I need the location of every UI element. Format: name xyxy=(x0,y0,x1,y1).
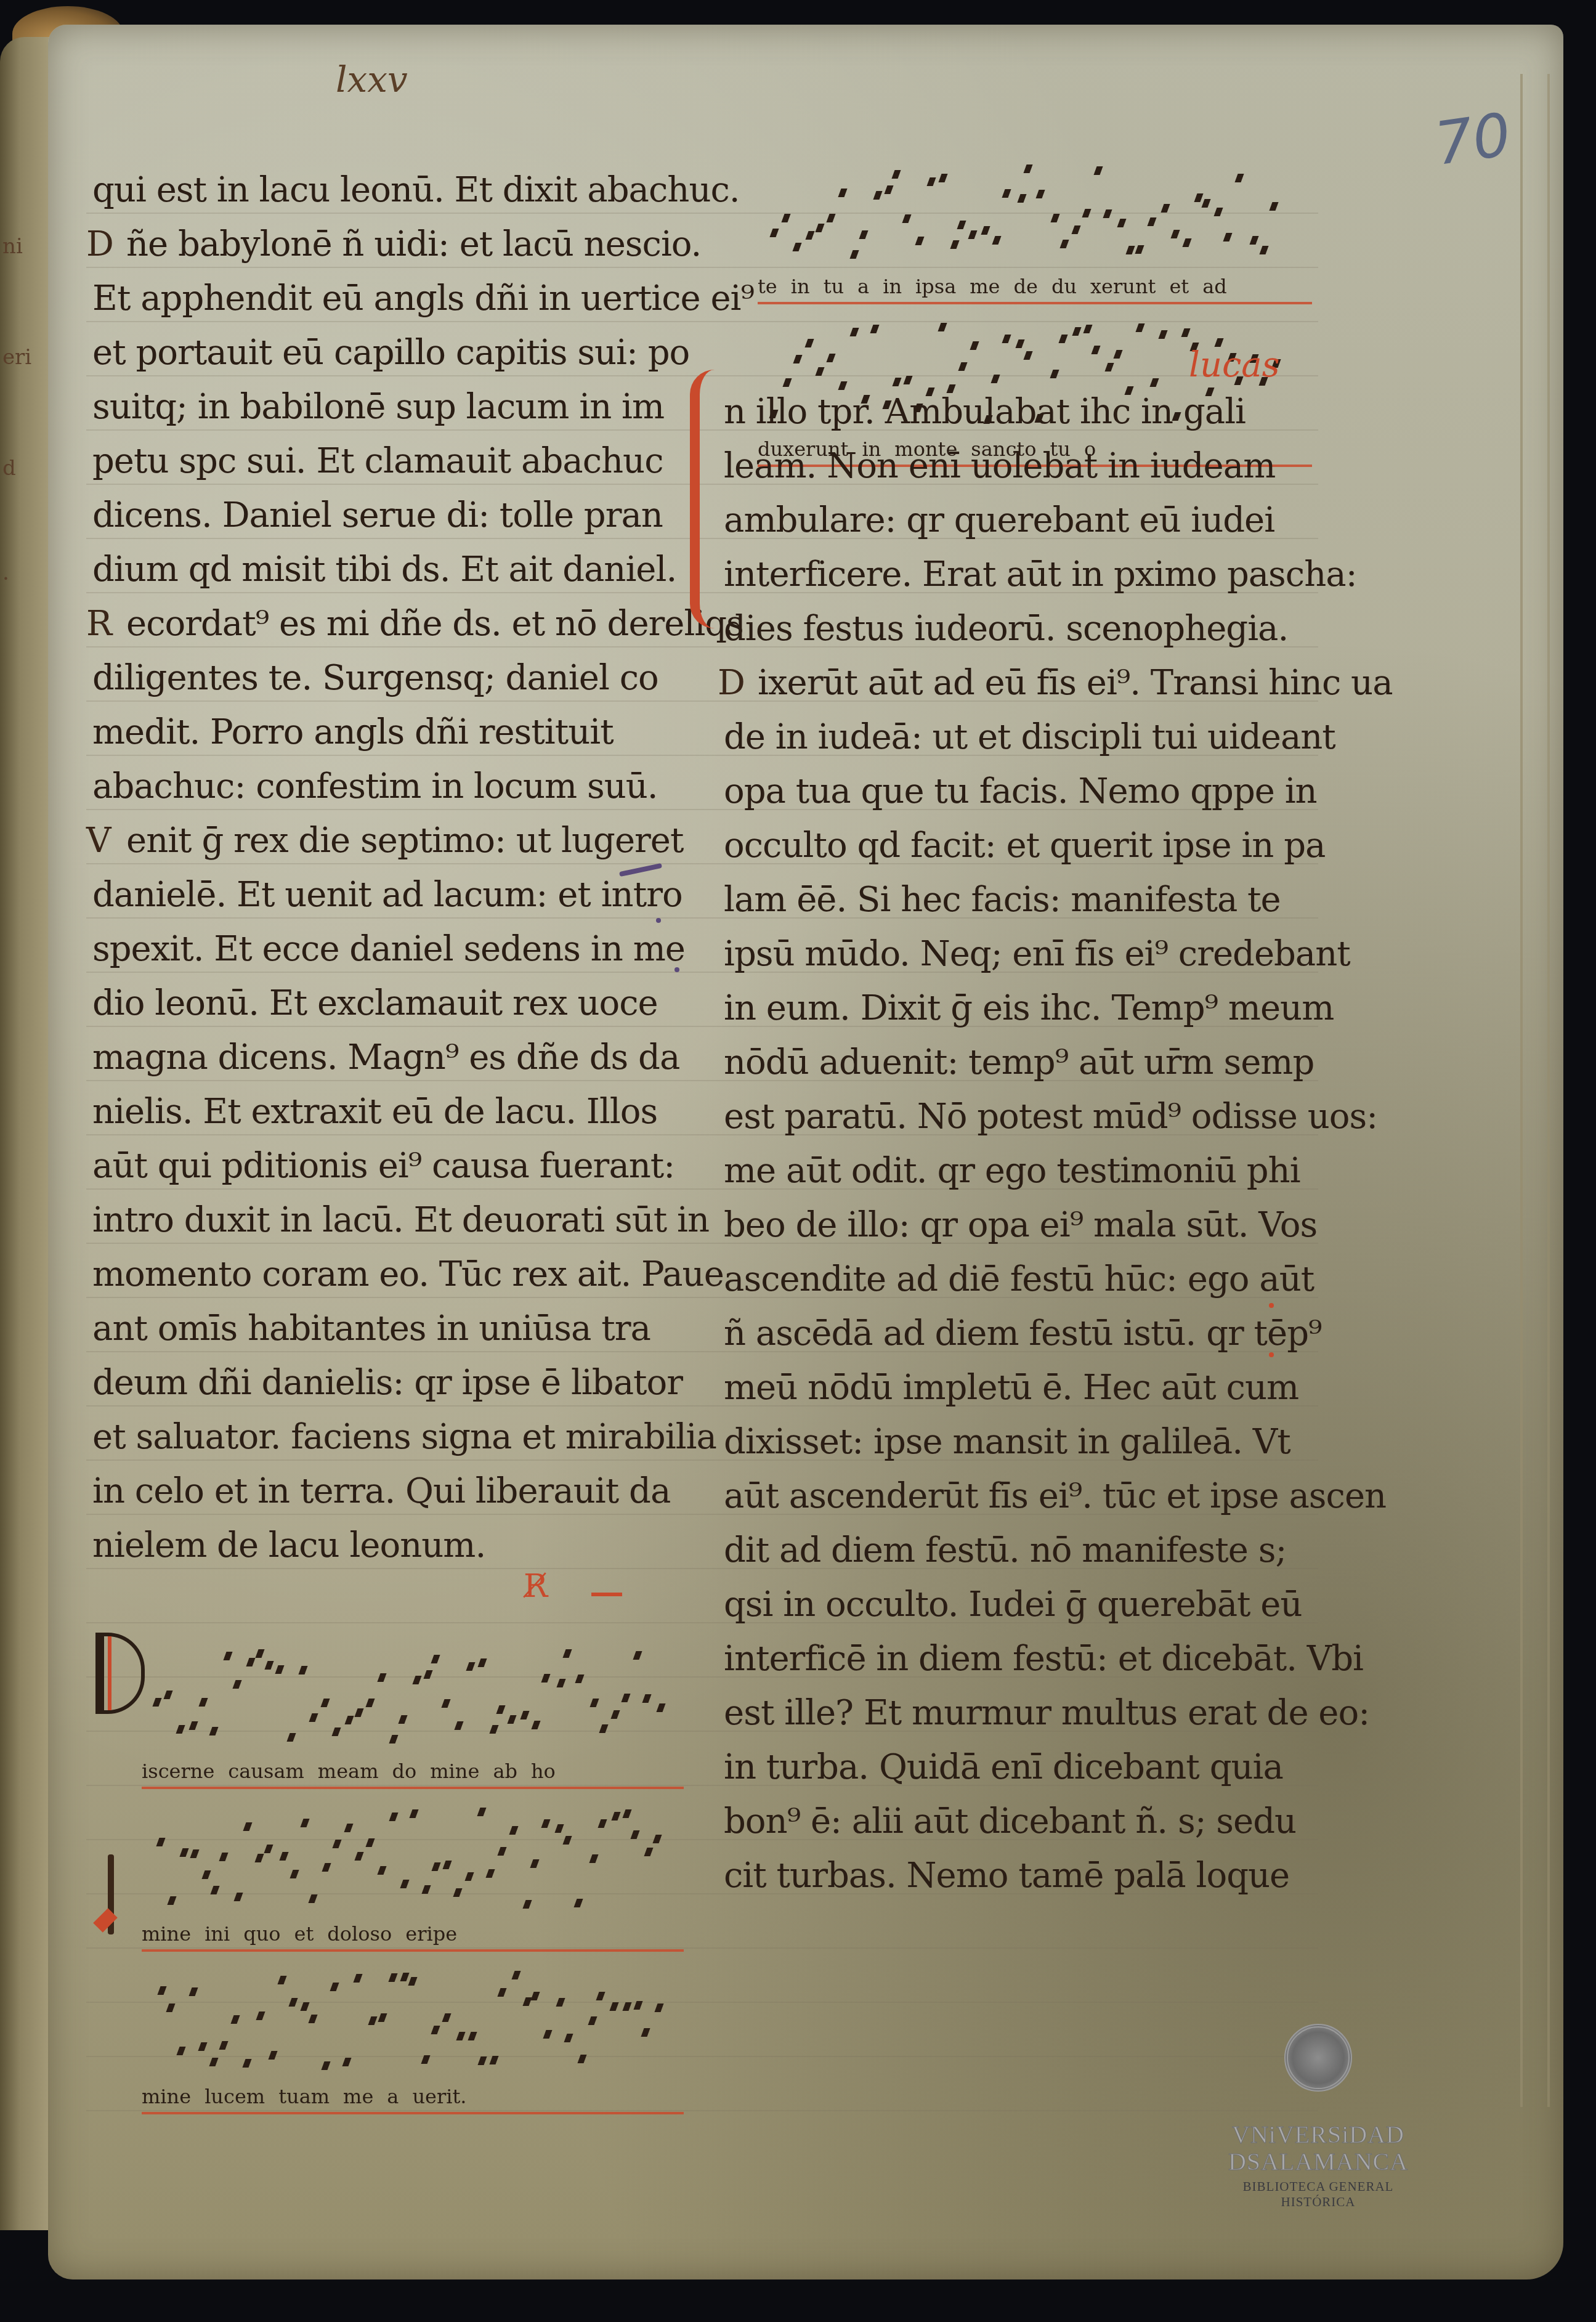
neume-icon xyxy=(301,2002,310,2011)
chant-syllable: ini xyxy=(205,1922,230,1946)
neume-icon xyxy=(322,1863,331,1872)
neume-icon xyxy=(464,1872,474,1881)
neume-icon xyxy=(1105,363,1114,371)
neume-icon xyxy=(926,177,936,186)
chant-syllable: doloso xyxy=(327,1922,392,1946)
neume-icon xyxy=(531,1721,540,1729)
text-line: Recordat⁹ es mi dñe ds. et nō dereliqs xyxy=(92,597,684,651)
neume-icon xyxy=(957,221,966,229)
neume-icon xyxy=(1016,339,1025,348)
neume-icon xyxy=(938,323,947,331)
neume-icon xyxy=(190,1849,200,1858)
neume-icon xyxy=(288,1998,298,2007)
neume-icon xyxy=(1171,230,1180,238)
neume-icon xyxy=(891,170,901,179)
neume-icon xyxy=(1103,209,1112,218)
text-line: ascendite ad diē festū hūc: ego aūt xyxy=(724,1252,1278,1307)
line-text: dit ad diem festū. nō manifeste s; xyxy=(724,1530,1286,1570)
chant-syllable: meam xyxy=(318,1760,379,1783)
neume-icon xyxy=(655,2003,664,2012)
chant-syllable: xerunt xyxy=(1090,275,1156,298)
neume-icon xyxy=(477,1658,487,1667)
text-line: dio leonū. Et exclamauit rex uoce xyxy=(92,976,684,1031)
neume-icon xyxy=(466,1662,475,1671)
right-column: n illo tpr. Ambulabat ihc in galileam. N… xyxy=(724,385,1278,1903)
neume-icon xyxy=(254,1854,264,1862)
neume-icon xyxy=(574,1899,583,1907)
neume-icon xyxy=(633,2001,642,2010)
neume-icon xyxy=(641,2028,650,2037)
neume-icon xyxy=(915,237,925,245)
line-text: de in iudeā: ut et discipli tui uideant xyxy=(724,717,1335,757)
neume-icon xyxy=(353,1974,362,1983)
neume-icon xyxy=(522,1900,532,1909)
neume-icon xyxy=(563,1649,572,1658)
line-text: diligentes te. Surgensq; daniel co xyxy=(92,658,658,698)
neume-icon xyxy=(611,1710,620,1719)
neume-icon xyxy=(1135,245,1144,254)
neume-icon xyxy=(827,354,836,362)
text-line: ñ ascēdā ad diem festū istū. qr tēp⁹ xyxy=(724,1307,1278,1361)
responsory-mark: R̸ xyxy=(524,1568,548,1605)
neume-icon xyxy=(1182,238,1191,247)
neume-icon xyxy=(443,1861,452,1869)
neume-icon xyxy=(1223,233,1232,242)
neume-icon xyxy=(543,2030,552,2039)
neume-icon xyxy=(1161,204,1170,213)
neume-icon xyxy=(522,1997,532,2006)
neume-icon xyxy=(1002,335,1011,343)
neume-icon xyxy=(400,1973,409,1981)
chant-syllable: me xyxy=(343,2085,373,2108)
line-text: magna dicens. Magn⁹ es dñe ds da xyxy=(92,1037,679,1078)
line-text: lam ēē. Si hec facis: manifesta te xyxy=(724,880,1281,920)
neume-notation xyxy=(142,1952,684,2081)
neume-icon xyxy=(806,231,815,240)
text-line: occulto qd facit: et querit ipse in pa xyxy=(724,819,1278,873)
neume-icon xyxy=(176,1725,185,1734)
neume-icon xyxy=(1072,327,1082,336)
neume-icon xyxy=(902,214,911,223)
page-edge-fore xyxy=(1520,74,1550,2107)
neume-icon xyxy=(631,1830,640,1839)
chant-syllable: mine xyxy=(430,1760,479,1783)
neume-icon xyxy=(456,2032,465,2040)
neume-icon xyxy=(509,1826,518,1835)
neume-icon xyxy=(633,1651,642,1660)
line-text: in celo et in terra. Qui liberauit da xyxy=(92,1471,670,1511)
neume-icon xyxy=(378,1866,387,1875)
neume-icon xyxy=(455,1721,464,1730)
line-text: Et apphendit eū angls dñi in uertice ei⁹ xyxy=(92,278,754,319)
neume-icon xyxy=(1050,214,1059,222)
neume-icon xyxy=(596,1992,605,2000)
neume-icon xyxy=(1117,219,1126,227)
text-line: bon⁹ ē: alii aūt dicebant ñ. s; sedu xyxy=(724,1795,1278,1849)
folio-number: 70 xyxy=(1431,100,1515,179)
text-line: nielem de lacu leonum. xyxy=(92,1519,684,1573)
neume-icon xyxy=(1181,328,1190,337)
neume-icon xyxy=(656,1703,665,1712)
neume-icon xyxy=(1126,246,1135,254)
neume-icon xyxy=(970,341,979,350)
text-line: abachuc: confestim in locum suū. xyxy=(92,760,684,814)
text-line: aūt qui pditionis ei⁹ causa fuerant: xyxy=(92,1139,684,1193)
text-line: in celo et in terra. Qui liberauit da xyxy=(92,1464,684,1519)
line-text: qui est in lacu leonū. Et dixit abachuc. xyxy=(92,170,740,210)
text-line: dium qd misit tibi ds. Et ait daniel. xyxy=(92,543,684,597)
chant-syllable: et xyxy=(1169,275,1189,298)
neume-icon xyxy=(575,1675,584,1683)
neume-icon xyxy=(330,1983,339,1991)
neume-icon xyxy=(279,1852,288,1861)
neume-icon xyxy=(255,1649,264,1658)
neume-icon xyxy=(521,1711,530,1719)
neume-icon xyxy=(652,1835,662,1843)
chant-lyrics: teintuainipsamededuxeruntetad xyxy=(758,271,1312,304)
chant-syllable: a xyxy=(387,2085,399,2108)
neume-icon xyxy=(256,2011,265,2020)
watermark-line-3: BIBLIOTECA GENERAL HISTÓRICA xyxy=(1207,2179,1429,2210)
line-text: dicens. Daniel serue di: tolle pran xyxy=(92,495,663,535)
chant-syllable: in xyxy=(791,275,810,298)
neume-icon xyxy=(490,2056,499,2064)
left-text-block: qui est in lacu leonū. Et dixit abachuc.… xyxy=(92,163,684,1573)
neume-icon xyxy=(589,1854,598,1863)
neume-icon xyxy=(246,1658,255,1666)
neume-icon xyxy=(179,1848,188,1857)
neume-icon xyxy=(508,1715,517,1724)
line-text: suitq; in babilonē sup lacum in im xyxy=(92,387,664,427)
line-text: me aūt odit. qr ego testimoniū phi xyxy=(724,1151,1300,1191)
neume-icon xyxy=(264,1661,273,1670)
neume-icon xyxy=(243,1822,253,1831)
neume-icon xyxy=(530,1859,540,1868)
chant-syllable: in xyxy=(883,275,902,298)
chant-line: iscernecausammeamdomineabho xyxy=(142,1626,684,1789)
neume-icon xyxy=(541,1819,550,1828)
line-text: ascendite ad diē festū hūc: ego aūt xyxy=(724,1259,1314,1299)
neume-icon xyxy=(1094,166,1103,175)
line-initial: V xyxy=(86,814,110,868)
neume-icon xyxy=(389,1735,398,1744)
chant-syllable: ad xyxy=(1202,275,1227,298)
neume-icon xyxy=(938,174,947,182)
neume-icon xyxy=(1202,199,1211,208)
line-text: ñ ascēdā ad diem festū istū. qr tēp⁹ xyxy=(724,1313,1322,1354)
neume-icon xyxy=(555,1824,564,1833)
text-line: Dñe babylonē ñ uidi: et lacū nescio. xyxy=(92,217,684,272)
neume-icon xyxy=(490,1725,499,1734)
neume-icon xyxy=(290,1870,299,1878)
neume-icon xyxy=(408,1977,417,1986)
text-line: Et apphendit eū angls dñi in uertice ei⁹ xyxy=(92,272,684,326)
neume-icon xyxy=(209,1727,219,1735)
neume-icon xyxy=(815,367,824,376)
neume-icon xyxy=(805,339,814,347)
neume-icon xyxy=(826,214,835,222)
neume-icon xyxy=(1050,370,1059,378)
neume-icon xyxy=(531,1992,540,2000)
chant-syllable: do xyxy=(392,1760,417,1783)
neume-icon xyxy=(992,236,1001,245)
chant-syllable: ipsa xyxy=(915,275,956,298)
line-text: est paratū. Nō potest mūd⁹ odisse uos: xyxy=(724,1097,1377,1137)
neume-icon xyxy=(377,1673,386,1682)
chant-syllable: ab xyxy=(493,1760,517,1783)
text-line: in turba. Quidā enī dicebant quia xyxy=(724,1740,1278,1795)
neume-icon xyxy=(588,2016,597,2025)
text-line: aūt ascenderūt fīs ei⁹. tūc et ipse asce… xyxy=(724,1469,1278,1524)
text-line: est ille? Et murmur multus erat de eo: xyxy=(724,1686,1278,1740)
neume-icon xyxy=(209,2058,218,2066)
left-chant-block: iscernecausammeamdomineabhomineiniquoetd… xyxy=(142,1626,684,2114)
chant-syllable: uerit. xyxy=(412,2085,466,2108)
line-text: abachuc: confestim in locum suū. xyxy=(92,766,658,806)
neume-icon xyxy=(308,2015,317,2023)
chant-syllable: ho xyxy=(531,1760,556,1783)
watermark-line-1: VNiVERSiDAD xyxy=(1207,2121,1429,2148)
text-line: ant omīs habitantes in uniūsa tra xyxy=(92,1302,684,1356)
line-text: cit turbas. Nemo tamē palā loque xyxy=(724,1856,1289,1896)
neume-icon xyxy=(904,376,913,384)
line-text: qsi in occulto. Iudei ḡ querebāt eū xyxy=(724,1585,1302,1625)
chant-syllable: mine xyxy=(142,2085,191,2108)
text-line: ambulare: qr querebant eū iudei xyxy=(724,493,1278,548)
neume-icon xyxy=(1082,209,1091,217)
neume-icon xyxy=(497,1988,506,1997)
line-text: danielē. Et uenit ad lacum: et intro xyxy=(92,875,683,915)
chant-lyrics: mineiniquoetdolosoeripe xyxy=(142,1918,684,1952)
neume-icon xyxy=(224,1652,233,1660)
neume-icon xyxy=(1092,346,1101,354)
neume-icon xyxy=(968,230,978,239)
neume-icon xyxy=(1024,164,1033,173)
neume-icon xyxy=(468,2032,477,2040)
neume-icon xyxy=(345,1716,354,1724)
neume-icon xyxy=(1147,217,1156,226)
chant-syllable: et xyxy=(294,1922,314,1946)
line-text: ant omīs habitantes in uniūsa tra xyxy=(92,1309,650,1349)
neume-icon xyxy=(423,1670,432,1679)
text-line: nōdū aduenit: temp⁹ aūt ur̄m semp xyxy=(724,1036,1278,1090)
line-initial: R xyxy=(86,597,111,651)
text-line: intro duxit in lacū. Et deuorati sūt in xyxy=(92,1193,684,1248)
chant-syllable: me xyxy=(970,275,1000,298)
text-line: momento coram eo. Tūc rex ait. Paue xyxy=(92,1248,684,1302)
line-text: et portauit eū capillo capitis sui: po xyxy=(92,333,689,373)
line-text: beo de illo: qr opa ei⁹ mala sūt. Vos xyxy=(724,1205,1317,1245)
chant-lyrics: iscernecausammeamdomineabho xyxy=(142,1756,684,1789)
neume-icon xyxy=(769,229,779,237)
neume-icon xyxy=(477,1808,486,1816)
text-line: petu spc sui. Et clamauit abachuc xyxy=(92,434,684,489)
neume-icon xyxy=(1250,236,1259,245)
neume-icon xyxy=(389,1813,399,1821)
line-text: enit ḡ rex die septimo: ut lugeret xyxy=(126,821,683,861)
line-text: occulto qd facit: et querit ipse in pa xyxy=(724,826,1325,866)
neume-icon xyxy=(1194,193,1204,202)
text-line: Dixerūt aūt ad eū fīs ei⁹. Transi hinc u… xyxy=(724,656,1278,710)
neume-icon xyxy=(432,1862,441,1871)
chant-syllable: iscerne xyxy=(142,1760,214,1783)
neume-icon xyxy=(644,1848,654,1856)
text-line: ipsū mūdo. Neq; enī fīs ei⁹ credebant xyxy=(724,927,1278,981)
neume-icon xyxy=(850,328,859,336)
line-text: meū nōdū impletū ē. Hec aūt cum xyxy=(724,1368,1298,1408)
neume-icon xyxy=(1058,335,1067,343)
neume-icon xyxy=(991,375,1000,383)
neume-icon xyxy=(198,1698,208,1707)
chant-syllable: a xyxy=(857,275,869,298)
neume-icon xyxy=(153,1698,162,1707)
line-text: leam. Non enī uolebat in iudeam xyxy=(724,446,1275,486)
chant-syllable: mine xyxy=(142,1922,191,1946)
chant-syllable: tu xyxy=(824,275,844,298)
chant-line: minelucemtuammeauerit. xyxy=(142,1952,684,2114)
neume-icon xyxy=(354,1708,363,1717)
neume-icon xyxy=(622,1809,631,1818)
line-text: ixerūt aūt ad eū fīs ei⁹. Transi hinc ua xyxy=(758,663,1393,703)
text-line: leam. Non enī uolebat in iudeam xyxy=(724,439,1278,493)
neume-icon xyxy=(219,1853,229,1861)
right-text-block: n illo tpr. Ambulabat ihc in galileam. N… xyxy=(724,385,1278,1903)
left-column: qui est in lacu leonū. Et dixit abachuc.… xyxy=(92,163,684,1573)
neume-icon xyxy=(1235,174,1244,182)
neume-icon xyxy=(321,2061,330,2070)
neume-icon xyxy=(342,2058,352,2066)
chant-lyrics: minelucemtuammeauerit. xyxy=(142,2081,684,2114)
neume-icon xyxy=(157,1986,166,1995)
neume-icon xyxy=(264,1845,273,1853)
text-line: dixisset: ipse mansit in galileā. Vt xyxy=(724,1415,1278,1469)
neume-icon xyxy=(622,2002,631,2011)
neume-icon xyxy=(431,2026,440,2034)
neume-icon xyxy=(442,2013,451,2022)
neume-icon xyxy=(275,1665,285,1674)
line-text: dies festus iudeorū. scenophegia. xyxy=(724,609,1288,649)
marginal-dot xyxy=(656,918,661,923)
watermark-line-2: DSALAMANCA xyxy=(1207,2148,1429,2175)
text-line: cit turbas. Nemo tamē palā loque xyxy=(724,1849,1278,1903)
neume-icon xyxy=(378,2013,387,2022)
neume-icon xyxy=(541,1674,551,1683)
neume-icon xyxy=(164,1691,173,1699)
neume-icon xyxy=(210,1886,219,1894)
neume-icon xyxy=(189,1721,198,1730)
neume-notation xyxy=(142,1789,684,1918)
neume-icon xyxy=(981,226,990,235)
line-initial: D xyxy=(718,656,745,710)
folio-roman-numeral: lxxv xyxy=(336,59,408,100)
line-text: n illo tpr. Ambulabat ihc in gali xyxy=(724,392,1246,432)
neume-icon xyxy=(564,2034,573,2042)
neume-icon xyxy=(621,1694,630,1702)
neume-icon xyxy=(1072,225,1081,234)
neume-icon xyxy=(1035,190,1045,198)
neume-icon xyxy=(453,1888,462,1897)
text-line: beo de illo: qr opa ei⁹ mala sūt. Vos xyxy=(724,1198,1278,1252)
neume-icon xyxy=(577,2055,586,2063)
neume-icon xyxy=(1259,246,1268,254)
text-line: interficere. Erat aūt in pximo pascha: xyxy=(724,548,1278,602)
text-line: n illo tpr. Ambulabat ihc in gali xyxy=(724,385,1278,439)
neume-icon xyxy=(268,2051,277,2060)
neume-icon xyxy=(1002,189,1011,198)
chant-syllable: eripe xyxy=(405,1922,457,1946)
neume-icon xyxy=(167,1896,176,1905)
neume-icon xyxy=(612,1812,621,1821)
neume-icon xyxy=(431,1655,440,1663)
neume-icon xyxy=(409,1809,418,1818)
neume-icon xyxy=(176,2047,185,2055)
text-line: dit ad diem festū. nō manifeste s; xyxy=(724,1524,1278,1578)
neume-icon xyxy=(422,1885,431,1894)
line-text: ñe babylonē ñ uidi: et lacū nescio. xyxy=(126,224,701,264)
neume-icon xyxy=(309,1713,318,1722)
line-text: et saluator. faciens signa et mirabilia xyxy=(92,1417,716,1457)
text-line: nielis. Et extraxit eū de lacu. Illos xyxy=(92,1085,684,1139)
neume-icon xyxy=(1213,208,1223,216)
neume-icon xyxy=(399,1715,408,1724)
text-line: diligentes te. Surgensq; daniel co xyxy=(92,651,684,705)
text-line: de in iudeā: ut et discipli tui uideant xyxy=(724,710,1278,765)
neume-icon xyxy=(230,2015,240,2024)
facing-page-edge: nierid· xyxy=(0,37,51,2230)
chant-syllable: du xyxy=(1051,275,1077,298)
line-initial: D xyxy=(86,217,113,272)
neume-icon xyxy=(219,2041,229,2050)
chant-syllable: te xyxy=(758,275,777,298)
neume-icon xyxy=(299,1666,308,1675)
chant-line: teintuainipsamededuxeruntetad xyxy=(758,142,1312,304)
chant-syllable: causam xyxy=(228,1760,304,1783)
text-line: est paratū. Nō potest mūd⁹ odisse uos: xyxy=(724,1090,1278,1144)
text-line: in eum. Dixit ḡ eis ihc. Temp⁹ meum xyxy=(724,981,1278,1036)
neume-icon xyxy=(849,250,859,259)
line-text: deum dñi danielis: qr ipse ē libator xyxy=(92,1363,683,1403)
line-text: interficē in diem festū: et dicebāt. Vbi xyxy=(724,1639,1363,1679)
neume-icon xyxy=(233,1680,242,1689)
text-line: meū nōdū impletū ē. Hec aūt cum xyxy=(724,1361,1278,1415)
neume-icon xyxy=(441,1699,450,1708)
neume-icon xyxy=(589,1699,599,1707)
text-line: et saluator. faciens signa et mirabilia xyxy=(92,1410,684,1464)
text-line: magna dicens. Magn⁹ es dñe ds da xyxy=(92,1031,684,1085)
line-text: nielis. Et extraxit eū de lacu. Illos xyxy=(92,1092,657,1132)
marginal-red-dot xyxy=(1269,1352,1274,1357)
neume-icon xyxy=(389,1973,398,1982)
neume-icon xyxy=(556,1679,565,1687)
line-text: dixisset: ipse mansit in galileā. Vt xyxy=(724,1422,1290,1462)
neume-icon xyxy=(609,2002,618,2011)
text-line: medit. Porro angls dñi restituit xyxy=(92,705,684,760)
neume-icon xyxy=(166,2003,176,2012)
line-text: nōdū aduenit: temp⁹ aūt ur̄m semp xyxy=(724,1042,1314,1082)
neume-icon xyxy=(412,1676,421,1684)
neume-icon xyxy=(485,1869,495,1878)
line-text: intro duxit in lacū. Et deuorati sūt in xyxy=(92,1200,709,1240)
text-line: deum dñi danielis: qr ipse ē libator xyxy=(92,1356,684,1410)
neume-icon xyxy=(511,1971,521,1979)
neume-icon xyxy=(950,240,960,249)
neume-icon xyxy=(873,191,882,200)
neume-icon xyxy=(365,1699,375,1707)
line-text: ecordat⁹ es mi dñe ds. et nō dereliqs xyxy=(126,604,743,644)
facing-page-fragments: nierid· xyxy=(2,191,27,635)
neume-icon xyxy=(642,1694,651,1703)
neume-icon xyxy=(233,1893,243,1901)
